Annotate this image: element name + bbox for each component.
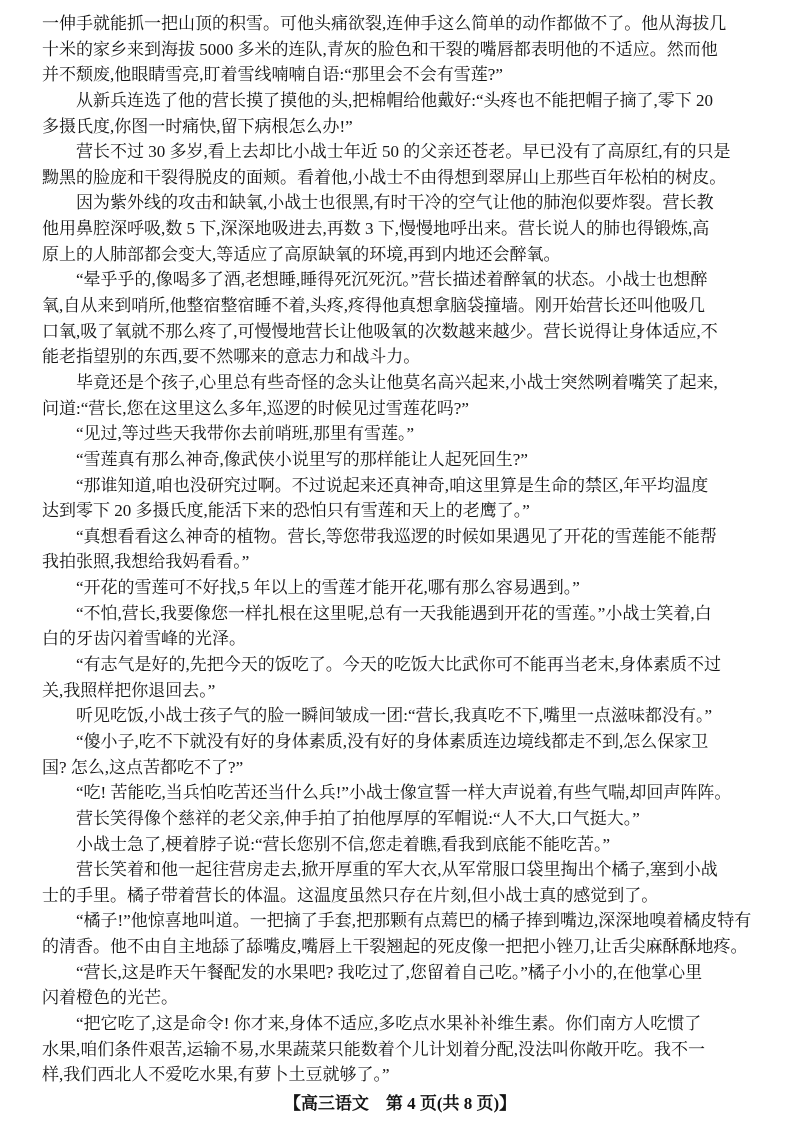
text-line: 十米的家乡来到海拔 5000 多米的连队,青灰的脸色和干裂的嘴唇都表明他的不适应… (42, 37, 760, 63)
text-line: 氧,自从来到哨所,他整宿整宿睡不着,头疼,疼得他真想拿脑袋撞墙。刚开始营长还叫他… (42, 293, 760, 319)
text-line: “吃! 苦能吃,当兵怕吃苦还当什么兵!”小战士像宣誓一样大声说着,有些气喘,却回… (42, 780, 760, 806)
text-line: 营长笑得像个慈祥的老父亲,伸手拍了拍他厚厚的军帽说:“人不大,口气挺大。” (42, 806, 760, 832)
text-line: 因为紫外线的攻击和缺氧,小战士也很黑,有时干冷的空气让他的肺泡似要炸裂。营长教 (42, 190, 760, 216)
text-line: 样,我们西北人不爱吃水果,有萝卜土豆就够了。” (42, 1062, 760, 1088)
text-line: 国? 怎么,这点苦都吃不了?” (42, 755, 760, 781)
document-page: 一伸手就能抓一把山顶的积雪。可他头痛欲裂,连伸手这么简单的动作都做不了。他从海拔… (0, 0, 800, 1131)
document-body: 一伸手就能抓一把山顶的积雪。可他头痛欲裂,连伸手这么简单的动作都做不了。他从海拔… (42, 11, 760, 1088)
text-line: 闪着橙色的光芒。 (42, 985, 760, 1011)
text-line: 他用鼻腔深呼吸,数 5 下,深深地吸进去,再数 3 下,慢慢地呼出来。营长说人的… (42, 216, 760, 242)
text-line: 营长不过 30 多岁,看上去却比小战士年近 50 的父亲还苍老。早已没有了高原红… (42, 139, 760, 165)
text-line: 我拍张照,我想给我妈看看。” (42, 549, 760, 575)
text-line: “开花的雪莲可不好找,5 年以上的雪莲才能开花,哪有那么容易遇到。” (42, 575, 760, 601)
text-line: “有志气是好的,先把今天的饭吃了。今天的吃饭大比武你可不能再当老末,身体素质不过 (42, 652, 760, 678)
text-line: 小战士急了,梗着脖子说:“营长您别不信,您走着瞧,看我到底能不能吃苦。” (42, 832, 760, 858)
text-line: “那谁知道,咱也没研究过啊。不过说起来还真神奇,咱这里算是生命的禁区,年平均温度 (42, 473, 760, 499)
text-line: 多摄氏度,你图一时痛快,留下病根怎么办!” (42, 114, 760, 140)
text-line: 营长笑着和他一起往营房走去,掀开厚重的军大衣,从军常服口袋里掏出个橘子,塞到小战 (42, 857, 760, 883)
text-line: 并不颓废,他眼睛雪亮,盯着雪线喃喃自语:“那里会不会有雪莲?” (42, 62, 760, 88)
text-line: 的清香。他不由自主地舔了舔嘴皮,嘴唇上干裂翘起的死皮像一把把小锉刀,让舌尖麻酥酥… (42, 934, 760, 960)
text-line: “橘子!”他惊喜地叫道。一把摘了手套,把那颗有点蔫巴的橘子捧到嘴边,深深地嗅着橘… (42, 908, 760, 934)
text-line: 问道:“营长,您在这里这么多年,巡逻的时候见过雪莲花吗?” (42, 396, 760, 422)
text-line: “把它吃了,这是命令! 你才来,身体不适应,多吃点水果补补维生素。你们南方人吃惯… (42, 1011, 760, 1037)
text-line: “雪莲真有那么神奇,像武侠小说里写的那样能让人起死回生?” (42, 447, 760, 473)
text-line: 能老指望别的东西,要不然哪来的意志力和战斗力。 (42, 344, 760, 370)
text-line: “晕乎乎的,像喝多了酒,老想睡,睡得死沉死沉。”营长描述着醉氧的状态。小战士也想… (42, 267, 760, 293)
text-line: 关,我照样把你退回去。” (42, 678, 760, 704)
text-line: 黝黑的脸庞和干裂得脱皮的面颊。看着他,小战士不由得想到翠屏山上那些百年松柏的树皮… (42, 165, 760, 191)
text-line: “傻小子,吃不下就没有好的身体素质,没有好的身体素质连边境线都走不到,怎么保家卫 (42, 729, 760, 755)
text-line: 水果,咱们条件艰苦,运输不易,水果蔬菜只能数着个儿计划着分配,没法叫你敞开吃。我… (42, 1037, 760, 1063)
text-line: 原上的人肺部都会变大,等适应了高原缺氧的环境,再到内地还会醉氧。 (42, 242, 760, 268)
text-line: 听见吃饭,小战士孩子气的脸一瞬间皱成一团:“营长,我真吃不下,嘴里一点滋味都没有… (42, 703, 760, 729)
page-footer: 【高三语文 第 4 页(共 8 页)】 (0, 1089, 800, 1114)
text-line: 毕竟还是个孩子,心里总有些奇怪的念头让他莫名高兴起来,小战士突然咧着嘴笑了起来, (42, 370, 760, 396)
text-line: 口氧,吸了氧就不那么疼了,可慢慢地营长让他吸氧的次数越来越少。营长说得让身体适应… (42, 319, 760, 345)
text-line: “见过,等过些天我带你去前哨班,那里有雪莲。” (42, 421, 760, 447)
text-line: 一伸手就能抓一把山顶的积雪。可他头痛欲裂,连伸手这么简单的动作都做不了。他从海拔… (42, 11, 760, 37)
text-line: “真想看看这么神奇的植物。营长,等您带我巡逻的时候如果遇见了开花的雪莲能不能帮 (42, 524, 760, 550)
text-line: 从新兵连选了他的营长摸了摸他的头,把棉帽给他戴好:“头疼也不能把帽子摘了,零下 … (42, 88, 760, 114)
text-line: “营长,这是昨天午餐配发的水果吧? 我吃过了,您留着自己吃。”橘子小小的,在他掌… (42, 960, 760, 986)
text-line: 达到零下 20 多摄氏度,能活下来的恐怕只有雪莲和天上的老鹰了。” (42, 498, 760, 524)
text-line: 士的手里。橘子带着营长的体温。这温度虽然只存在片刻,但小战士真的感觉到了。 (42, 883, 760, 909)
text-line: “不怕,营长,我要像您一样扎根在这里呢,总有一天我能遇到开花的雪莲。”小战士笑着… (42, 601, 760, 627)
text-line: 白的牙齿闪着雪峰的光泽。 (42, 626, 760, 652)
